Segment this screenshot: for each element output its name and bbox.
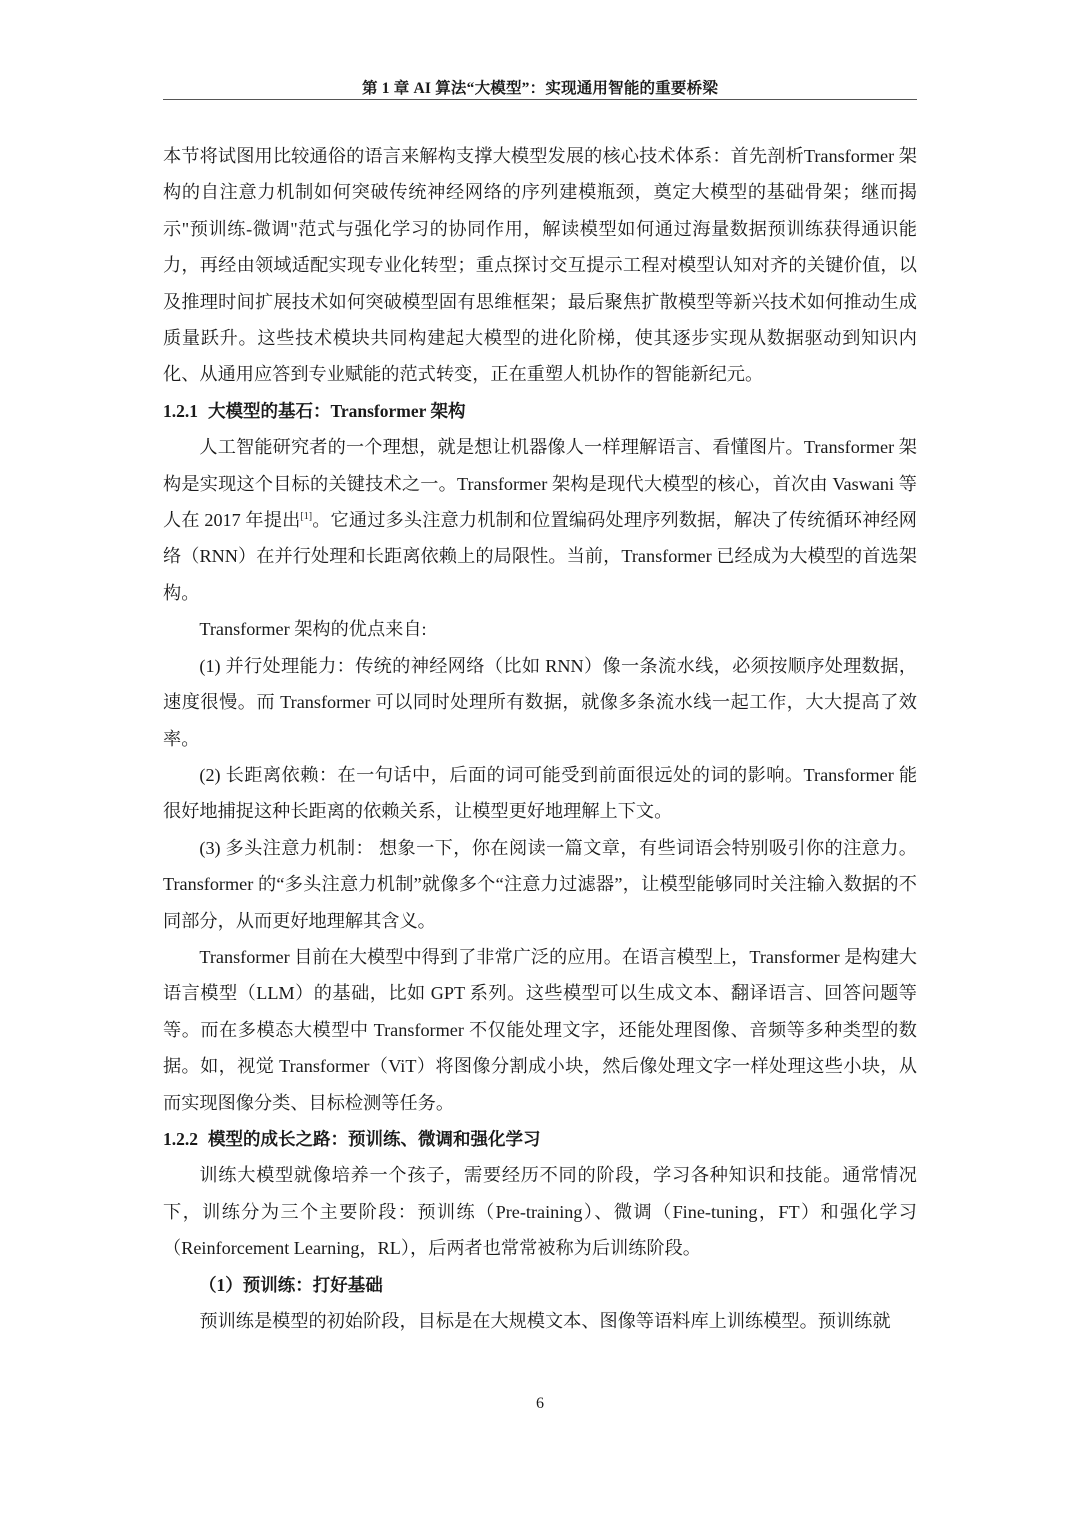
body-text: 本节将试图用比较通俗的语言来解构支撑大模型发展的核心技术体系：首先剖析Trans… xyxy=(163,138,917,1339)
running-head: 第 1 章 AI 算法“大模型”：实现通用智能的重要桥梁 xyxy=(163,76,917,98)
section-number: 1.2.1 xyxy=(163,401,198,421)
paragraph-applications: Transformer 目前在大模型中得到了非常广泛的应用。在语言模型上，Tra… xyxy=(163,939,917,1121)
paragraph-advantages-lead: Transformer 架构的优点来自: xyxy=(163,611,917,647)
list-item-long-range: (2) 长距离依赖：在一句话中，后面的词可能受到前面很远处的词的影响。Trans… xyxy=(163,757,917,830)
item-text: 多头注意力机制： 想象一下，你在阅读一篇文章，有些词语会特别吸引你的注意力。Tr… xyxy=(163,838,917,931)
paragraph-pretraining: 预训练是模型的初始阶段，目标是在大规模文本、图像等语料库上训练模型。预训练就 xyxy=(163,1303,917,1339)
section-heading-1-2-1: 1.2.1大模型的基石：Transformer 架构 xyxy=(163,393,917,429)
document-page: 第 1 章 AI 算法“大模型”：实现通用智能的重要桥梁 本节将试图用比较通俗的… xyxy=(0,0,1080,1528)
item-label: (1) xyxy=(199,656,220,676)
paragraph-transformer-intro: 人工智能研究者的一个理想，就是想让机器像人一样理解语言、看懂图片。Transfo… xyxy=(163,429,917,611)
intro-paragraph: 本节将试图用比较通俗的语言来解构支撑大模型发展的核心技术体系：首先剖析Trans… xyxy=(163,138,917,393)
citation-ref[interactable]: [1] xyxy=(300,511,312,522)
page-number: 6 xyxy=(0,1395,1080,1413)
item-label: (3) xyxy=(199,838,220,858)
section-heading-1-2-2: 1.2.2模型的成长之路：预训练、微调和强化学习 xyxy=(163,1121,917,1157)
item-text: 并行处理能力：传统的神经网络（比如 RNN）像一条流水线，必须按顺序处理数据，速… xyxy=(163,656,917,749)
paragraph-training-stages: 训练大模型就像培养一个孩子，需要经历不同的阶段，学习各种知识和技能。通常情况下，… xyxy=(163,1157,917,1266)
list-item-multihead: (3) 多头注意力机制： 想象一下，你在阅读一篇文章，有些词语会特别吸引你的注意… xyxy=(163,830,917,939)
list-item-parallel: (1) 并行处理能力：传统的神经网络（比如 RNN）像一条流水线，必须按顺序处理… xyxy=(163,648,917,757)
section-number: 1.2.2 xyxy=(163,1129,198,1149)
item-label: (2) xyxy=(199,765,220,785)
header-rule xyxy=(163,99,917,100)
subheading-pretraining: （1）预训练：打好基础 xyxy=(163,1267,917,1303)
item-text: 长距离依赖：在一句话中，后面的词可能受到前面很远处的词的影响。Transform… xyxy=(163,765,917,821)
section-title: 模型的成长之路：预训练、微调和强化学习 xyxy=(208,1129,541,1149)
section-title: 大模型的基石：Transformer 架构 xyxy=(208,401,465,421)
